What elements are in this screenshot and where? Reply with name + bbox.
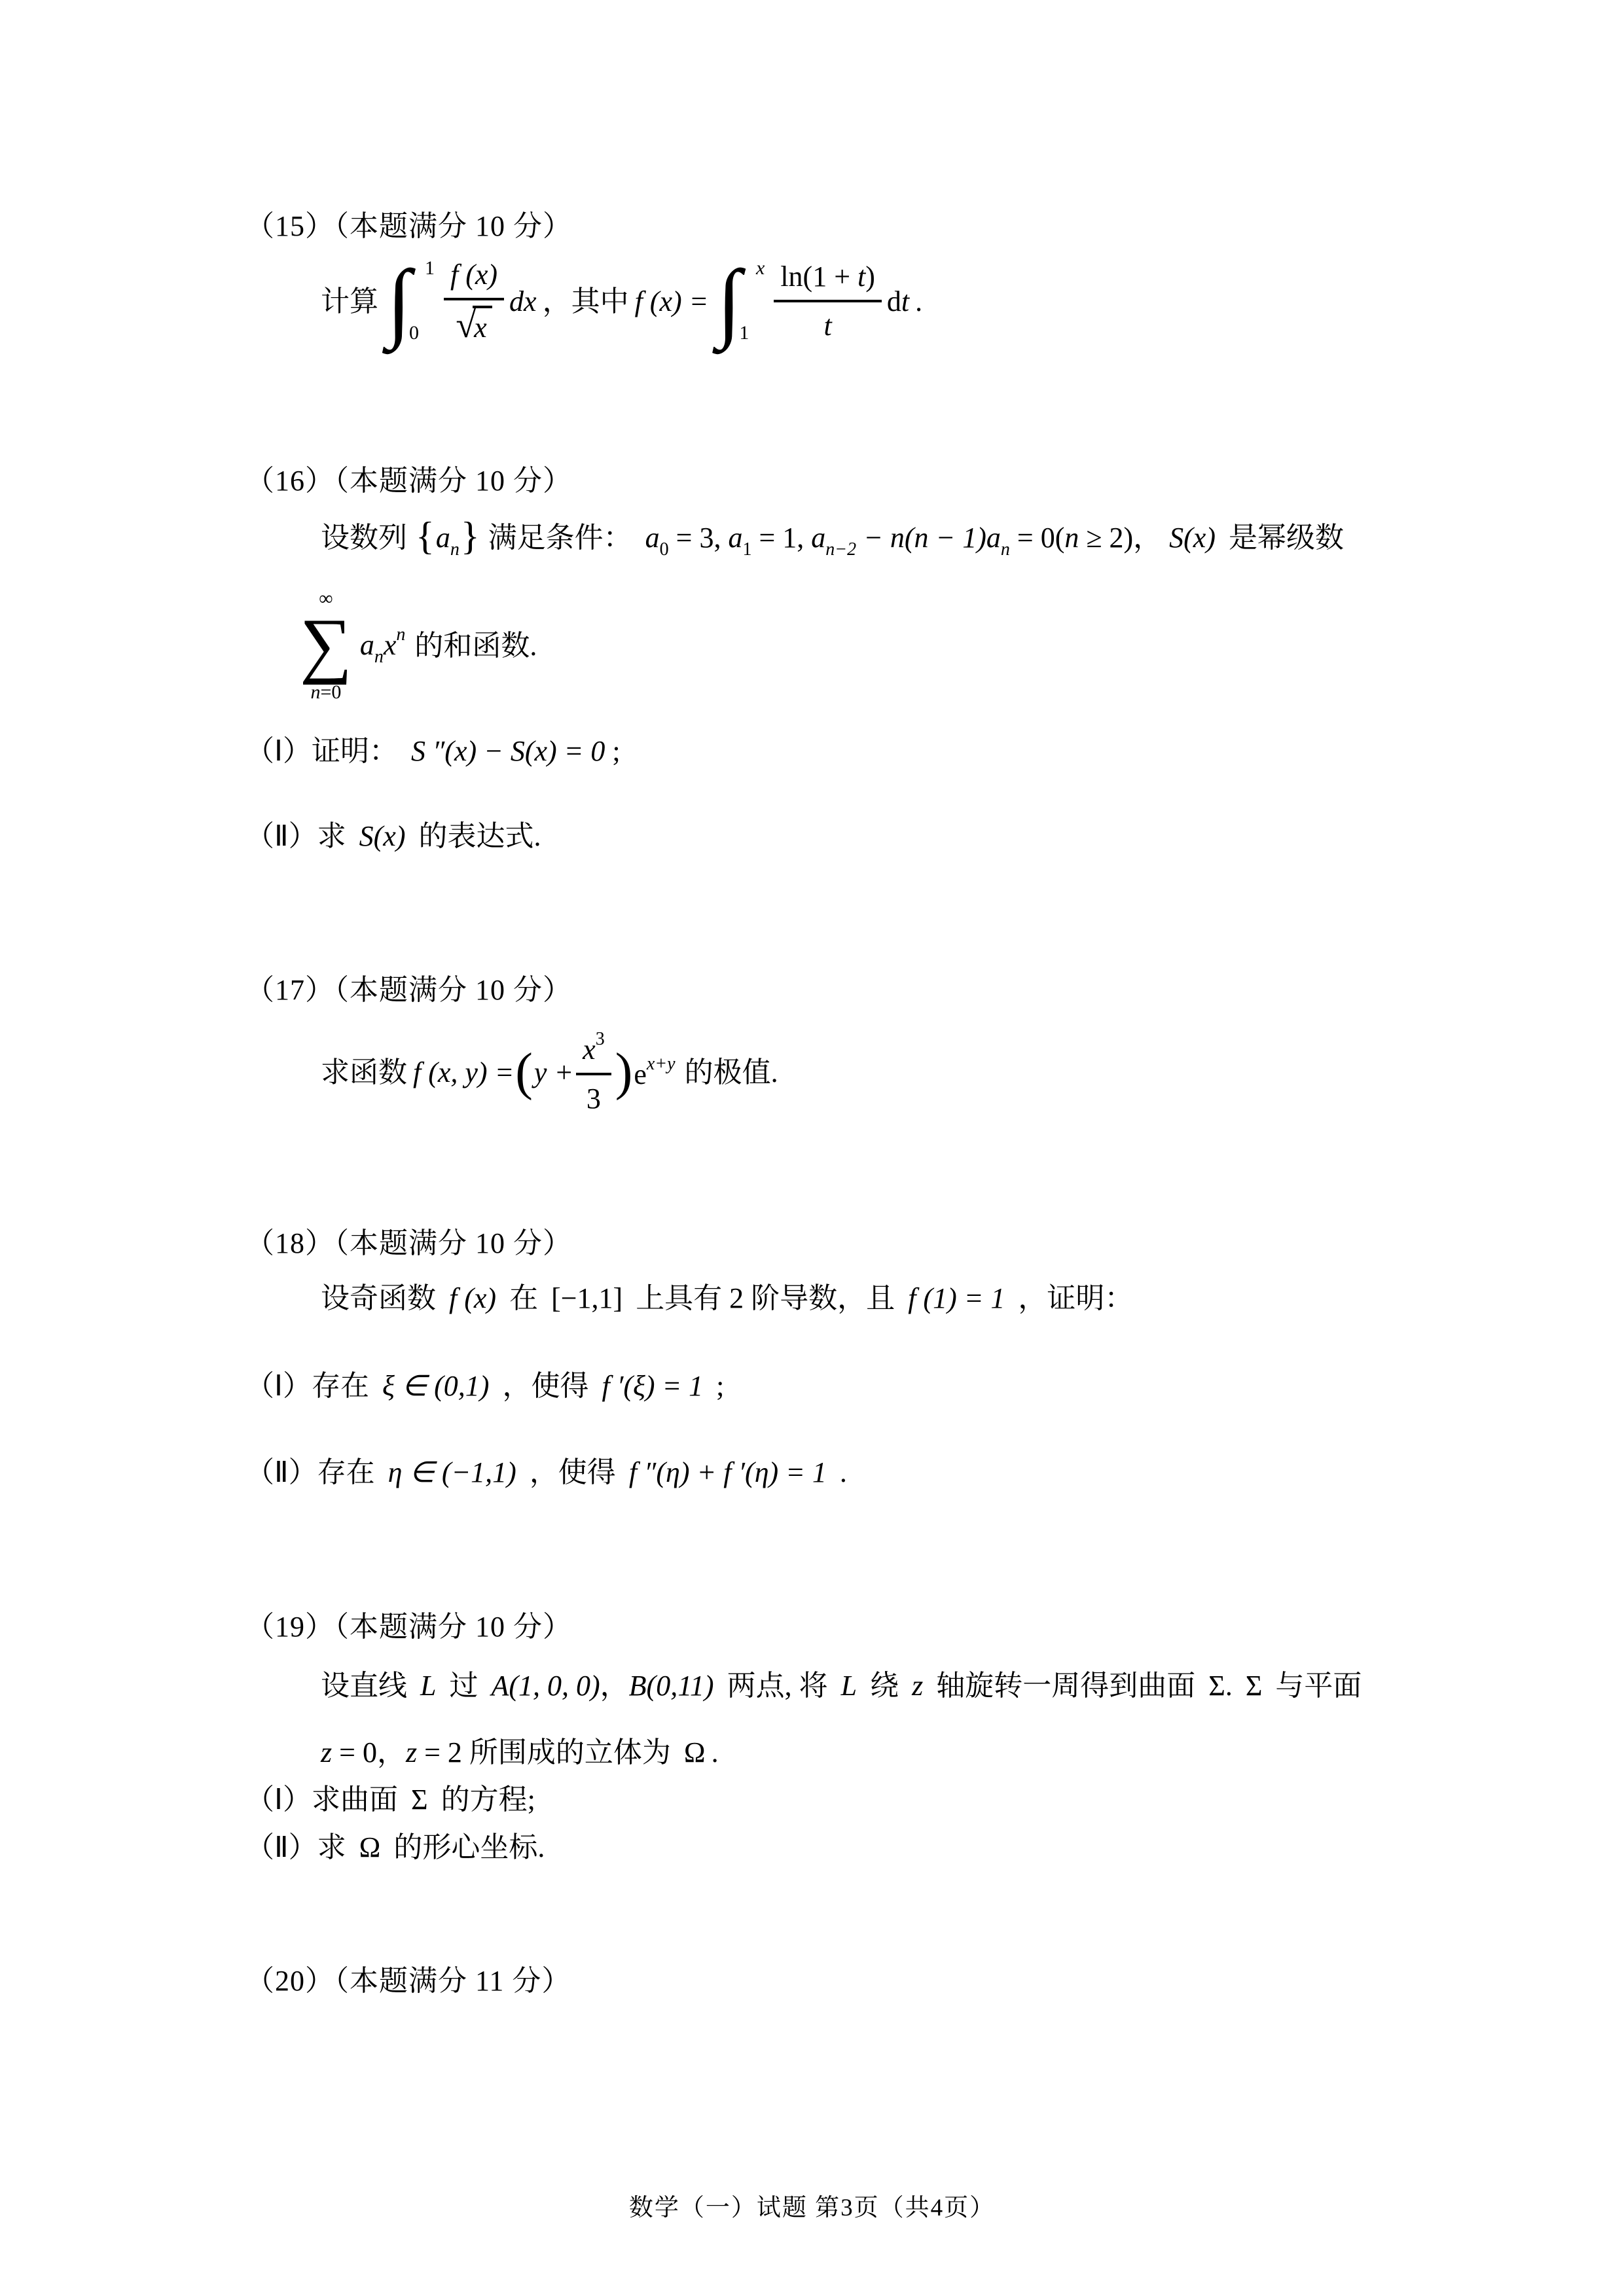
an2-var: a bbox=[811, 522, 825, 554]
sx-function: S(x) bbox=[1169, 522, 1216, 554]
fraction-numerator: x3 bbox=[576, 1028, 611, 1075]
p19-line2-period: . bbox=[712, 1736, 719, 1768]
problem-19-statement: 设直线 L 过 A(1, 0, 0)，B(0,11) 两点, 将 L 绕 z 轴… bbox=[321, 1668, 1362, 1704]
p17-fxy-equals: f (x, y) = bbox=[413, 1054, 514, 1090]
item-1-label: （Ⅰ）存在 bbox=[245, 1370, 369, 1402]
left-brace: { bbox=[416, 514, 435, 558]
problem-17-header: （17）（本题满分 10 分） bbox=[245, 972, 572, 1008]
item-1-semicolon: ; bbox=[716, 1370, 724, 1402]
p17-y-plus: y + bbox=[534, 1054, 573, 1090]
exam-page: （15）（本题满分 10 分） 计算 ∫ 1 0 f (x) √x dx ，其中… bbox=[0, 0, 1624, 2296]
term-a-var: a bbox=[360, 629, 374, 661]
p18-fx: f (x) bbox=[449, 1282, 496, 1314]
p15-mid-text: ，其中 bbox=[543, 283, 629, 319]
p19-comma: ， bbox=[600, 1670, 629, 1702]
p19-sigma-2: Σ bbox=[1246, 1670, 1263, 1702]
integral-upper-limit: 1 bbox=[425, 256, 435, 281]
p15-fx-equals: f (x) = bbox=[635, 283, 709, 319]
left-paren: ( bbox=[515, 1046, 533, 1098]
p17-tail-text: 的极值. bbox=[685, 1054, 778, 1090]
p19-period: . bbox=[1225, 1670, 1233, 1702]
p19-omega: Ω bbox=[684, 1736, 706, 1768]
problem-20-header: （20）（本题满分 11 分） bbox=[245, 1963, 571, 1999]
p19-line-L2: L bbox=[841, 1670, 857, 1702]
fraction-ln-over-t: ln(1 + t) t bbox=[774, 259, 882, 344]
num-x-var: x bbox=[583, 1033, 596, 1066]
item-1-equation: f ′(ξ) = 1 bbox=[602, 1370, 703, 1402]
item-1-tail-text: 的方程; bbox=[441, 1784, 535, 1816]
item-1-equation: S ″(x) − S(x) = 0 bbox=[411, 735, 605, 767]
p19-sigma-1: Σ bbox=[1208, 1670, 1225, 1702]
p15-d-upright: d bbox=[887, 283, 901, 319]
fraction-numerator: f (x) bbox=[444, 257, 504, 300]
p15-lead-text: 计算 bbox=[321, 283, 378, 319]
recurrence-eq-close: ≥ 2) bbox=[1079, 522, 1133, 554]
page-footer: 数学（一）试题 第3页（共4页） bbox=[0, 2187, 1624, 2223]
fraction-x3-over-3: x3 3 bbox=[576, 1028, 611, 1117]
problem-18-item-2: （Ⅱ）存在 η ∈ (−1,1) ，使得 f ″(η) + f ′(η) = 1… bbox=[245, 1454, 847, 1490]
p17-lead-text: 求函数 bbox=[321, 1054, 407, 1090]
integral-sign: ∫ 1 0 bbox=[387, 257, 436, 346]
item-2-omega: Ω bbox=[359, 1831, 381, 1863]
integral-lower-limit: 1 bbox=[739, 321, 749, 346]
integral-sign: ∫ x 1 bbox=[717, 257, 766, 346]
problem-15-formula: 计算 ∫ 1 0 f (x) √x dx ，其中 f (x) = ∫ x 1 l… bbox=[321, 257, 922, 346]
problem-19-header: （19）（本题满分 10 分） bbox=[245, 1609, 572, 1645]
p18-f1-equals: f (1) = 1 bbox=[908, 1282, 1005, 1314]
exp-term: ex+y bbox=[634, 1052, 675, 1092]
integral-icon: ∫ bbox=[717, 257, 741, 346]
a0-value: = 3, bbox=[669, 522, 729, 554]
p18-outro-text: ，证明： bbox=[1018, 1282, 1133, 1314]
fraction-denominator: 3 bbox=[576, 1075, 611, 1117]
item-2-tail-text: 的形心坐标. bbox=[393, 1831, 545, 1863]
problem-16-statement: 设数列 {an} 满足条件： a0 = 3, a1 = 1, an−2 − n(… bbox=[321, 510, 1344, 561]
integral-lower-limit: 0 bbox=[409, 321, 419, 346]
item-1-label: （Ⅰ）证明： bbox=[245, 735, 398, 767]
integral-icon: ∫ bbox=[387, 257, 411, 346]
p16-intro-text: 设数列 bbox=[321, 522, 407, 554]
p16-comma: ， bbox=[1133, 522, 1162, 554]
p15-t-italic: t bbox=[901, 283, 909, 319]
p16-outro-text: 是幂级数 bbox=[1229, 522, 1344, 554]
p19-z2-var: z bbox=[406, 1736, 417, 1768]
problem-17-formula: 求函数 f (x, y) = ( y + x3 3 ) ex+y 的极值. bbox=[321, 1028, 778, 1117]
sum-lower-limit: n=0 bbox=[310, 683, 341, 702]
p19-z-axis-var: z bbox=[912, 1670, 923, 1702]
an2-sub: n−2 bbox=[825, 539, 856, 560]
seq-a: a bbox=[436, 522, 450, 554]
item-1-condition: ξ ∈ (0,1) bbox=[382, 1370, 489, 1402]
p15-end-period: . bbox=[915, 283, 922, 319]
p18-interval: [−1,1] bbox=[551, 1282, 623, 1314]
problem-19-statement-line-2: z = 0，z = 2 所围成的立体为 Ω. bbox=[321, 1734, 719, 1770]
e-base: e bbox=[634, 1058, 647, 1090]
right-brace: } bbox=[461, 514, 480, 558]
p19-point-B: B(0,11) bbox=[629, 1670, 714, 1702]
p15-dx: dx bbox=[509, 283, 537, 319]
recurrence-eq-open: = 0( bbox=[1010, 522, 1064, 554]
p19-z1-eq: = 0， bbox=[332, 1736, 406, 1768]
p18-intro-text: 设奇函数 bbox=[321, 1282, 436, 1314]
term-a-sub: n bbox=[374, 647, 384, 667]
item-1-semicolon: ; bbox=[612, 735, 620, 767]
fraction-numerator: ln(1 + t) bbox=[774, 259, 882, 302]
problem-18-header: （18）（本题满分 10 分） bbox=[245, 1225, 572, 1261]
term-x-sup: n bbox=[396, 624, 405, 645]
p19-rao-text: 绕 bbox=[870, 1670, 899, 1702]
term-x-var: x bbox=[384, 629, 397, 661]
item-2-tail-text: 的表达式. bbox=[419, 820, 541, 852]
problem-16-series: ∞ ∑ n=0 anxn 的和函数. bbox=[300, 589, 537, 702]
problem-18-statement: 设奇函数 f (x) 在 [−1,1] 上具有 2 阶导数，且 f (1) = … bbox=[321, 1280, 1133, 1316]
recurrence-sub: n bbox=[1001, 539, 1010, 560]
problem-16-header: （16）（本题满分 10 分） bbox=[245, 463, 572, 499]
fraction-denominator: √x bbox=[444, 300, 504, 346]
item-1-mid-text: ，使得 bbox=[502, 1370, 588, 1402]
sqrt-argument: x bbox=[473, 306, 492, 346]
problem-18-item-1: （Ⅰ）存在 ξ ∈ (0,1) ，使得 f ′(ξ) = 1 ; bbox=[245, 1368, 724, 1404]
recurrence-eq-n: n bbox=[1064, 522, 1079, 554]
p19-mid3-text: 与平面 bbox=[1275, 1670, 1362, 1702]
integral-upper-limit: x bbox=[756, 256, 765, 281]
a1-var: a bbox=[728, 522, 742, 554]
sum-lower-n: n bbox=[310, 681, 320, 703]
num-x-exponent: 3 bbox=[596, 1029, 605, 1049]
item-2-label: （Ⅱ）求 bbox=[245, 1831, 346, 1863]
p18-zai-text: 在 bbox=[509, 1282, 538, 1314]
item-1-sigma: Σ bbox=[411, 1784, 428, 1816]
seq-a-sub: n bbox=[450, 539, 460, 560]
item-2-mid-text: ，使得 bbox=[530, 1456, 616, 1488]
ln-text: ln(1 + bbox=[780, 260, 857, 293]
item-2-condition: η ∈ (−1,1) bbox=[388, 1456, 516, 1488]
item-2-period: . bbox=[840, 1456, 847, 1488]
a1-sub: 1 bbox=[742, 539, 751, 560]
item-2-function: S(x) bbox=[359, 820, 406, 852]
problem-15-header: （15）（本题满分 10 分） bbox=[245, 208, 572, 244]
p16-series-tail-text: 的和函数. bbox=[414, 628, 537, 664]
item-2-label: （Ⅱ）求 bbox=[245, 820, 346, 852]
ln-close-paren: ) bbox=[865, 260, 875, 293]
problem-16-item-2: （Ⅱ）求 S(x) 的表达式. bbox=[245, 818, 541, 854]
summation-sign: ∞ ∑ n=0 bbox=[300, 589, 352, 702]
problem-19-item-2: （Ⅱ）求 Ω 的形心坐标. bbox=[245, 1829, 545, 1865]
series-term: anxn bbox=[360, 623, 406, 668]
p16-cond-text: 满足条件： bbox=[488, 522, 632, 554]
a1-value: = 1, bbox=[751, 522, 811, 554]
p19-z2-eq: = 2 bbox=[417, 1736, 469, 1768]
p19-mid1-text: 两点, 将 bbox=[727, 1670, 828, 1702]
problem-16-item-1: （Ⅰ）证明： S ″(x) − S(x) = 0 ; bbox=[245, 733, 621, 769]
p19-line2-text: 所围成的立体为 bbox=[469, 1736, 671, 1768]
item-1-label: （Ⅰ）求曲面 bbox=[245, 1784, 398, 1816]
p19-line-L: L bbox=[420, 1670, 436, 1702]
a0-sub: 0 bbox=[660, 539, 669, 560]
problem-19-item-1: （Ⅰ）求曲面 Σ 的方程; bbox=[245, 1782, 535, 1818]
p18-mid-text: 上具有 2 阶导数，且 bbox=[636, 1282, 895, 1314]
fraction-denominator: t bbox=[774, 302, 882, 344]
p19-point-A: A(1, 0, 0) bbox=[491, 1670, 600, 1702]
p19-guo-text: 过 bbox=[449, 1670, 478, 1702]
a0-var: a bbox=[645, 522, 660, 554]
fraction-fx-over-sqrtx: f (x) √x bbox=[444, 257, 504, 346]
p19-mid2-text: 轴旋转一周得到曲面 bbox=[936, 1670, 1195, 1702]
ln-var-t: t bbox=[857, 260, 865, 293]
item-2-equation: f ″(η) + f ′(η) = 1 bbox=[629, 1456, 827, 1488]
e-exponent: x+y bbox=[647, 1054, 676, 1074]
p19-z1-var: z bbox=[321, 1736, 332, 1768]
item-2-label: （Ⅱ）存在 bbox=[245, 1456, 375, 1488]
p19-intro-text: 设直线 bbox=[321, 1670, 407, 1702]
sigma-sum-icon: ∑ bbox=[300, 611, 352, 679]
right-paren: ) bbox=[615, 1046, 633, 1098]
sum-lower-eq: =0 bbox=[320, 681, 341, 703]
recurrence-run: − n(n − 1)a bbox=[856, 522, 1001, 554]
